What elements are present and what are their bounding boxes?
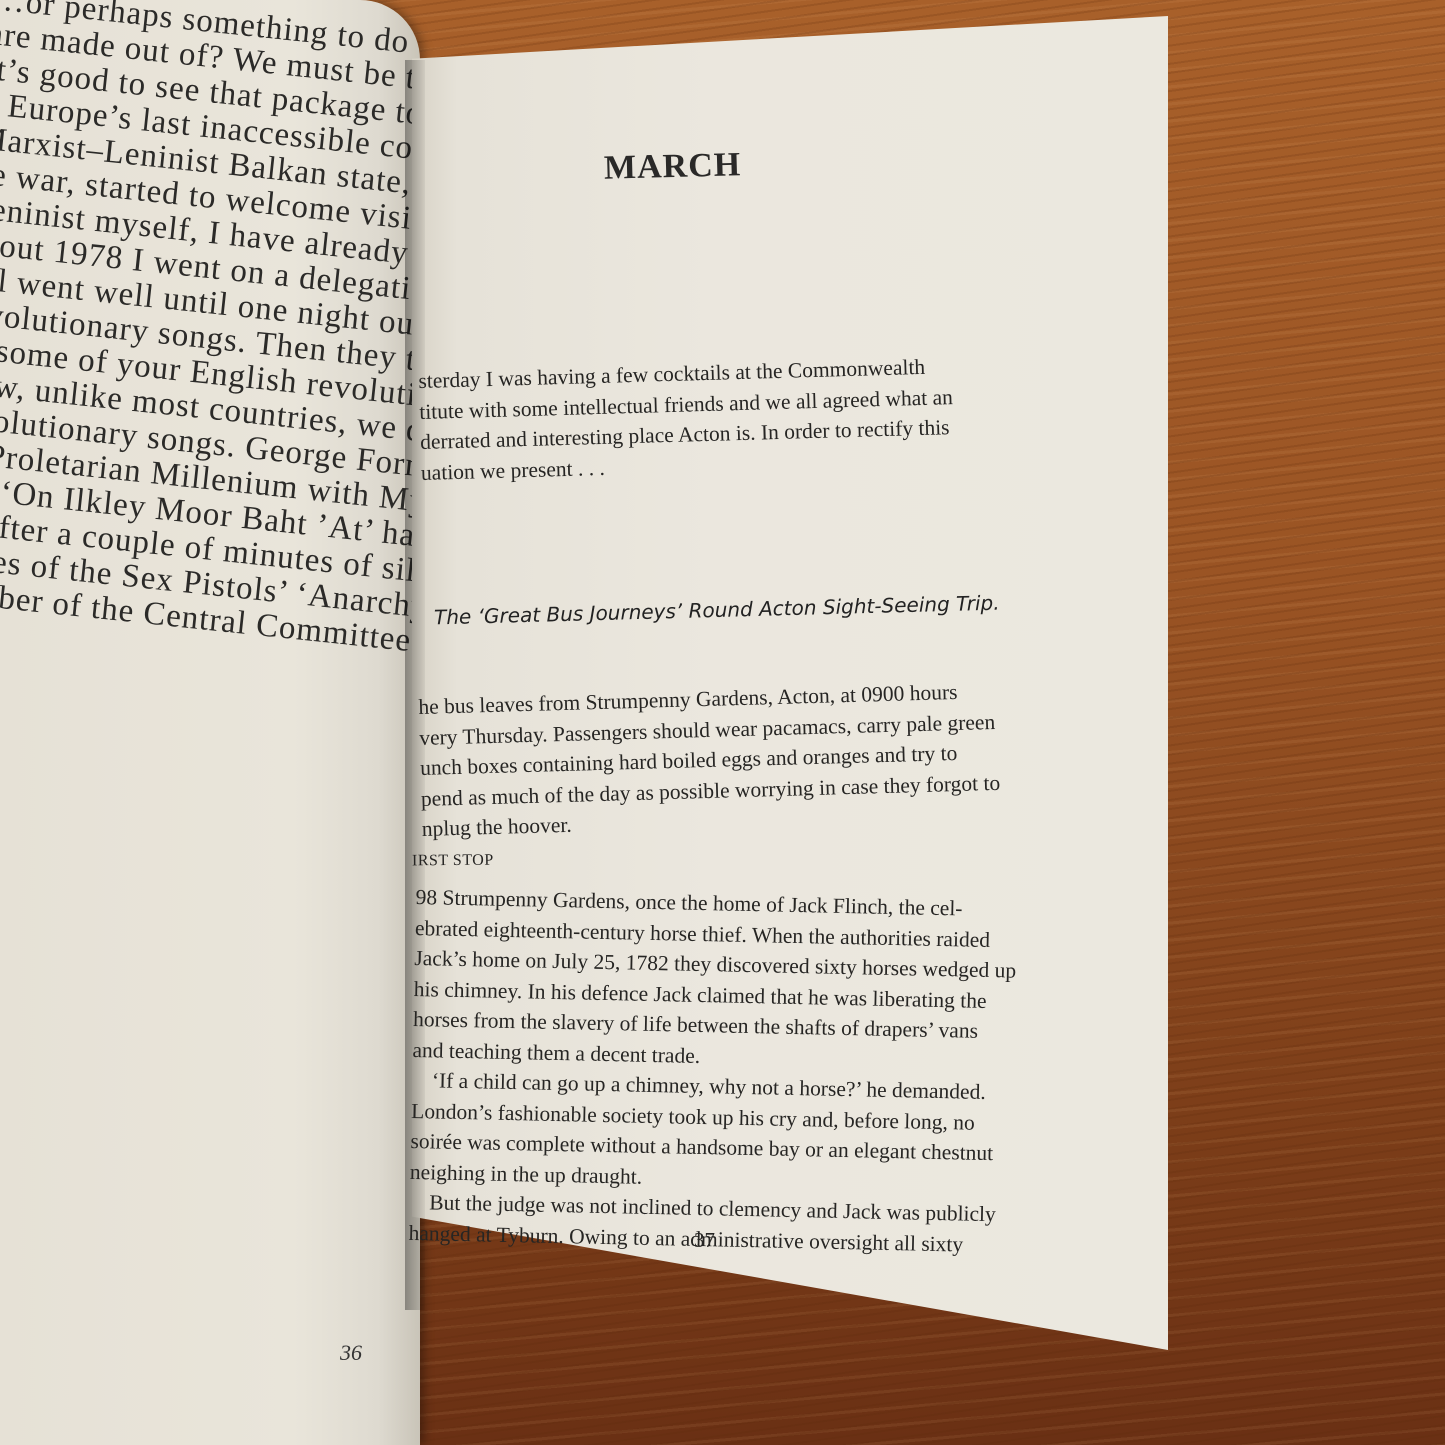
- left-page-text: …or perhaps something to do wi… are made…: [0, 0, 420, 692]
- right-page-number: 37: [694, 1228, 715, 1253]
- left-page: …or perhaps something to do wi… are made…: [0, 0, 420, 1445]
- intro-paragraph: sterday I was having a few cocktails at …: [418, 349, 1041, 488]
- right-page-content: MARCH sterday I was having a few cocktai…: [412, 0, 1052, 1445]
- first-stop-heading: IRST STOP: [412, 852, 494, 871]
- first-stop-paragraph: 98 Strumpenny Gardens, once the home of …: [408, 882, 1044, 1261]
- left-page-number: 36: [340, 1340, 362, 1366]
- chapter-title: MARCH: [604, 146, 742, 188]
- section-subtitle: The ‘Great Bus Journeys’ Round Acton Sig…: [434, 591, 1000, 630]
- bus-paragraph: he bus leaves from Strumpenny Gardens, A…: [418, 675, 1042, 845]
